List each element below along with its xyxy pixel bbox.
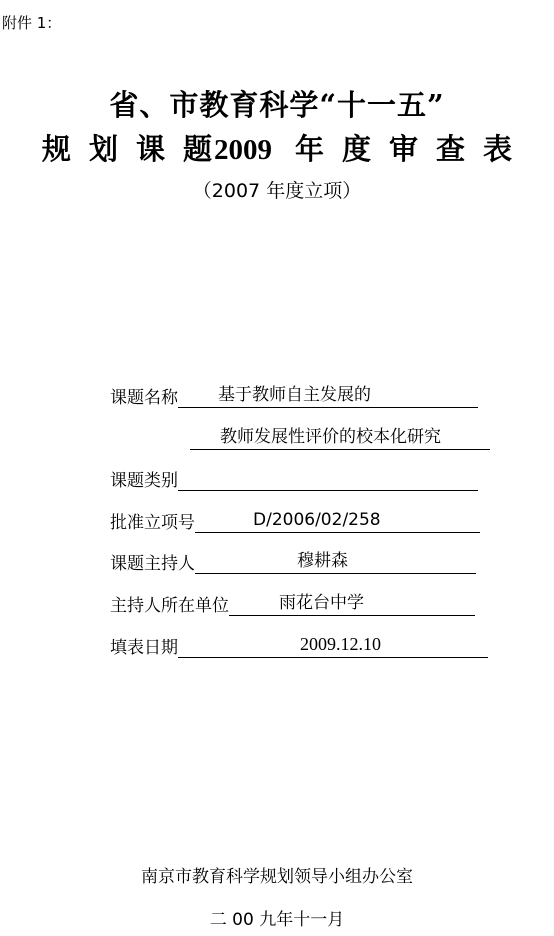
form-row-topic-name: 课题名称 基于教师自主发展的 bbox=[110, 382, 478, 408]
form-row-topic-category: 课题类别 bbox=[110, 465, 478, 491]
fill-date-field[interactable]: 2009.12.10 bbox=[178, 637, 488, 658]
fill-date-label: 填表日期 bbox=[110, 633, 178, 658]
title-char: 规 bbox=[42, 127, 71, 168]
topic-name-field-line2[interactable]: 教师发展性评价的校本化研究 bbox=[190, 429, 490, 450]
title-char: 审 bbox=[389, 127, 418, 168]
topic-name-value-line2: 教师发展性评价的校本化研究 bbox=[220, 422, 441, 447]
host-unit-value: 雨花台中学 bbox=[279, 588, 364, 613]
topic-name-label: 课题名称 bbox=[110, 383, 178, 408]
issue-date: 二 00 九年十一月 bbox=[0, 905, 554, 930]
form-row-host: 课题主持人 穆耕森 bbox=[110, 548, 476, 574]
topic-category-label: 课题类别 bbox=[110, 466, 178, 491]
host-unit-field[interactable]: 雨花台中学 bbox=[229, 595, 475, 616]
host-field[interactable]: 穆耕森 bbox=[195, 553, 476, 574]
topic-category-field[interactable] bbox=[178, 470, 478, 491]
topic-name-value-line1: 基于教师自主发展的 bbox=[218, 380, 371, 405]
host-unit-label: 主持人所在单位 bbox=[110, 591, 229, 616]
title-char: 年 bbox=[295, 127, 324, 168]
title-char: 度 bbox=[342, 127, 371, 168]
approval-number-value: D/2006/02/258 bbox=[253, 510, 381, 530]
title-line-2: 规划课题2009年度审查表 bbox=[0, 127, 554, 168]
title-char: 课 bbox=[136, 127, 165, 168]
approval-number-field[interactable]: D/2006/02/258 bbox=[195, 512, 480, 533]
form-row-fill-date: 填表日期 2009.12.10 bbox=[110, 632, 488, 658]
title-char: 表 bbox=[483, 127, 512, 168]
host-label: 课题主持人 bbox=[110, 549, 195, 574]
form-row-topic-name-cont: 教师发展性评价的校本化研究 bbox=[190, 424, 490, 450]
title-char: 题 bbox=[183, 127, 212, 168]
fill-date-value: 2009.12.10 bbox=[300, 634, 381, 655]
title-char: 查 bbox=[436, 127, 465, 168]
issuing-office: 南京市教育科学规划领导小组办公室 bbox=[0, 862, 554, 887]
form-row-approval-number: 批准立项号 D/2006/02/258 bbox=[110, 507, 480, 533]
title-subtitle: （2007 年度立项） bbox=[0, 176, 554, 203]
approval-number-label: 批准立项号 bbox=[110, 508, 195, 533]
topic-name-field[interactable]: 基于教师自主发展的 bbox=[178, 387, 478, 408]
title-year: 2009 bbox=[214, 134, 272, 166]
title-char: 划 bbox=[89, 127, 118, 168]
attachment-label: 附件 1： bbox=[2, 12, 61, 33]
title-line-1: 省、市教育科学“十一五” bbox=[0, 83, 554, 124]
form-row-host-unit: 主持人所在单位 雨花台中学 bbox=[110, 590, 475, 616]
host-value: 穆耕森 bbox=[297, 546, 348, 571]
